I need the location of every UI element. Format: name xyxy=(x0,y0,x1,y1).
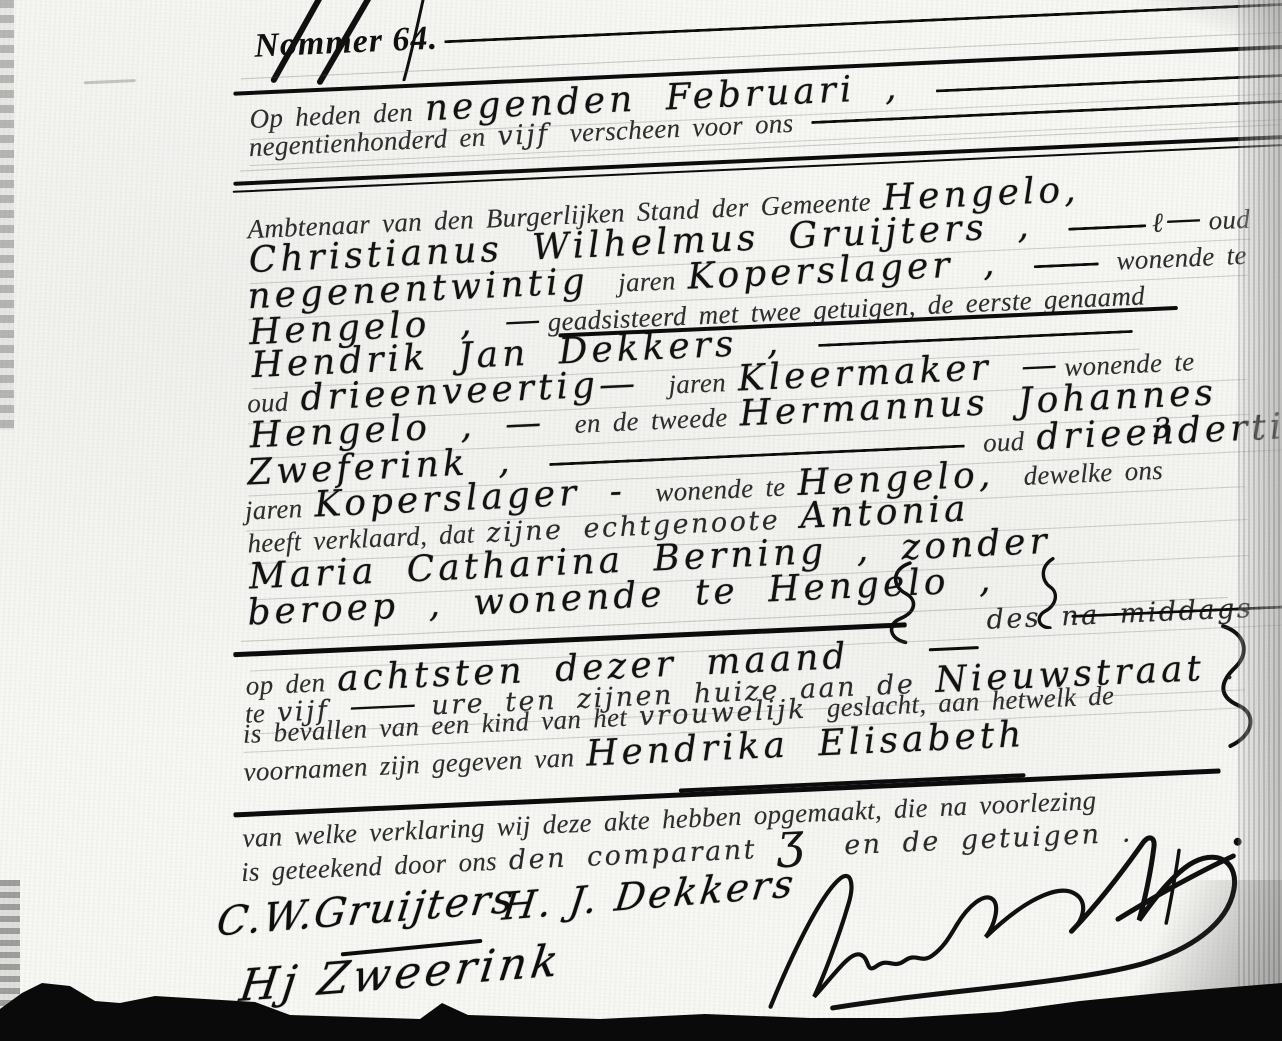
ink-rule xyxy=(1034,262,1099,268)
handwritten-text: vijf xyxy=(497,118,571,152)
ink-rule xyxy=(1068,224,1146,230)
ink-swash-flourish-icon xyxy=(1031,556,1064,629)
handwritten-text: ʒ xyxy=(777,840,804,841)
birth-record-scan: des na middags 3 C.W.Gruijters H. J. Dek… xyxy=(0,0,1282,1041)
ink-rule xyxy=(811,100,1282,124)
scan-left-edge-artifact xyxy=(0,0,14,430)
faint-guide-line xyxy=(84,79,136,84)
ink-rule xyxy=(929,646,979,651)
handwritten-text: ℓ xyxy=(1151,207,1166,239)
scan-right-edge-band xyxy=(1238,0,1282,1041)
printed-form-text: voornamen zijn gegeven van xyxy=(243,742,587,788)
